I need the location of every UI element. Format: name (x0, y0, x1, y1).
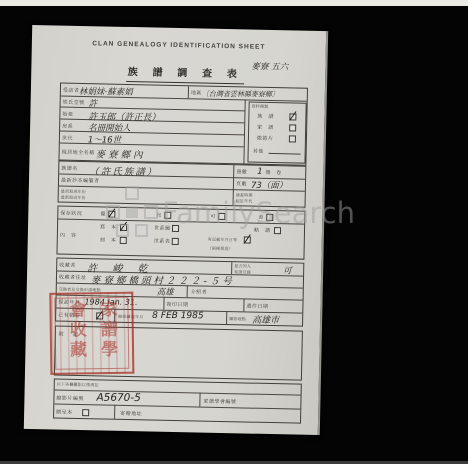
return-date-label: 還件日期 (246, 302, 268, 309)
content-option-checkbox (274, 227, 281, 234)
content-option-checkbox (120, 237, 127, 244)
office-use-section: 以下各欄攝影以後填記 縮影片編號 A5670-5 家譜學會編號 贈呈本 寄贈地址 (53, 378, 302, 423)
material-other-label: 其他 (253, 148, 264, 155)
film-number-label: 縮影片編號 (56, 395, 84, 403)
area-value: 〔台灣省雲林縣麥寮鄉〕 (202, 89, 279, 100)
status-option-label: 可 (210, 213, 216, 220)
seal-text-column: 會收藏 (63, 300, 89, 360)
material-type-title: 資料種類 (252, 104, 269, 110)
listed-value: 可 (283, 264, 292, 276)
holder-label: 收藏者 (59, 262, 76, 269)
content-option-label: 寫 本 (100, 223, 117, 230)
copy-date-label: 複印日期 (166, 301, 188, 308)
seal-text-column: 家譜學 (94, 300, 120, 360)
material-option-checkbox (289, 113, 296, 120)
content-option-label: 世系圖 (154, 225, 171, 232)
condition-label: 保存狀況 (60, 210, 82, 217)
content-option-checkbox (120, 224, 127, 231)
document-header: CLAN GENEALOGY IDENTIFICATION SHEET (32, 39, 326, 52)
film-number-value: A5670-5 (96, 392, 140, 404)
volumes-unit: 冊 卷 (265, 169, 282, 176)
coverage-range-label: 起訖年代 (236, 198, 253, 204)
pages-value: 73（面） (251, 179, 287, 191)
volumes-value: 1 (257, 167, 262, 177)
content-label: 內 容 (60, 232, 77, 239)
content-option-label: 略 譜 (254, 227, 271, 234)
first-ancestor-label: 始祖 (62, 111, 73, 118)
interviewee-value: 林娟妹·蘇素娟 (79, 85, 133, 97)
material-option-label: 族 譜 (257, 113, 274, 120)
other-underline (269, 153, 301, 155)
presentation-copy-label: 贈呈本 (56, 409, 73, 416)
scanner-edge-top (0, 0, 468, 6)
exchange-value: 高雄 (157, 286, 174, 298)
generations-label: 世代 (62, 135, 73, 142)
status-option-checkbox (108, 211, 115, 218)
status-option-checkbox (266, 214, 273, 221)
condition-section: 保存狀況 優 良 可 差 內 容 寫 本 刻 本 世系圖 世系表 略 譜 有記載… (56, 206, 305, 260)
content-option-label: 刻 本 (100, 236, 117, 243)
content-option-checkbox (244, 236, 251, 243)
presentation-copy-checkbox (82, 409, 89, 416)
listed-label-2: 家譜目錄 (234, 269, 251, 275)
content-option-label: 世系表 (154, 238, 171, 245)
film-place-value: 高雄市 (252, 313, 279, 326)
film-date-value: 8 FEB 1985 (152, 311, 203, 321)
area-label: 地區 (191, 89, 202, 96)
genealogy-name-value: （許氏族譜） (89, 164, 158, 178)
genealogy-name-label: 族譜名 (61, 165, 78, 172)
latest-written-label: 最新寫成年份 (61, 195, 86, 202)
introducer-label: 介紹者 (191, 288, 208, 295)
status-option-checkbox (164, 212, 171, 219)
residence-label: 現居地全名稱 (62, 149, 95, 157)
material-option-checkbox (289, 124, 296, 131)
residence-value: 麥寮鄉內 (96, 147, 146, 161)
branch-value: 名冊開始人 (88, 121, 131, 133)
society-number-label: 家譜學會編號 (203, 398, 236, 406)
holder-address-label: 收藏者住址 (59, 274, 87, 282)
compiler-label: 最新抄本編纂者 (61, 177, 100, 185)
content-option-label: 有記載年月日等 (208, 237, 238, 244)
material-type-box: 資料種類 族 譜 家 譜 微捲片 其他 (247, 101, 306, 163)
page-title: 族 譜 調 查 表 (126, 63, 244, 84)
branch-label: 房系 (62, 123, 73, 130)
material-option-label: 家 譜 (257, 124, 274, 131)
material-option-label: 微捲片 (257, 135, 274, 142)
pages-label: 頁數 (236, 180, 247, 187)
status-option-label: 良 (156, 212, 162, 219)
interviewee-label: 受訪者 (63, 87, 80, 94)
surname-hall-value: 許 (89, 97, 98, 109)
film-place-label: 攝影地點 (229, 316, 246, 322)
content-option-checkbox (172, 225, 179, 232)
content-option-checkbox (172, 238, 179, 245)
status-option-checkbox (218, 213, 225, 220)
status-option-label: 差 (258, 214, 264, 221)
content-note: （兩種相混） (208, 246, 233, 253)
identity-section: 受訪者 林娟妹·蘇素娟 地區 〔台灣省雲林縣麥寮鄉〕 姓氏堂號 許 始祖 許玉郎… (58, 83, 308, 166)
generations-value: 1～16世 (88, 133, 121, 145)
status-option-label: 優 (100, 210, 106, 217)
scanned-document-canvas: CLAN GENEALOGY IDENTIFICATION SHEET 族 譜 … (0, 0, 468, 464)
handwritten-ref-note: 麥寮 五六 (251, 60, 341, 73)
genealogy-survey-sheet: CLAN GENEALOGY IDENTIFICATION SHEET 族 譜 … (24, 25, 328, 435)
material-option-checkbox (289, 135, 296, 142)
surname-hall-label: 姓氏堂號 (63, 99, 85, 106)
office-header: 以下各欄攝影以後填記 (57, 382, 99, 389)
gift-address-label: 寄贈地址 (120, 410, 142, 417)
volumes-label: 冊數 (236, 168, 247, 175)
title-info-section: 族譜名 （許氏族譜） 冊數 1 冊 卷 最新抄本編纂者 頁數 73（面） 最初寫… (58, 161, 307, 208)
red-archive-seal-stamp: 家譜學 會收藏 (49, 292, 134, 375)
